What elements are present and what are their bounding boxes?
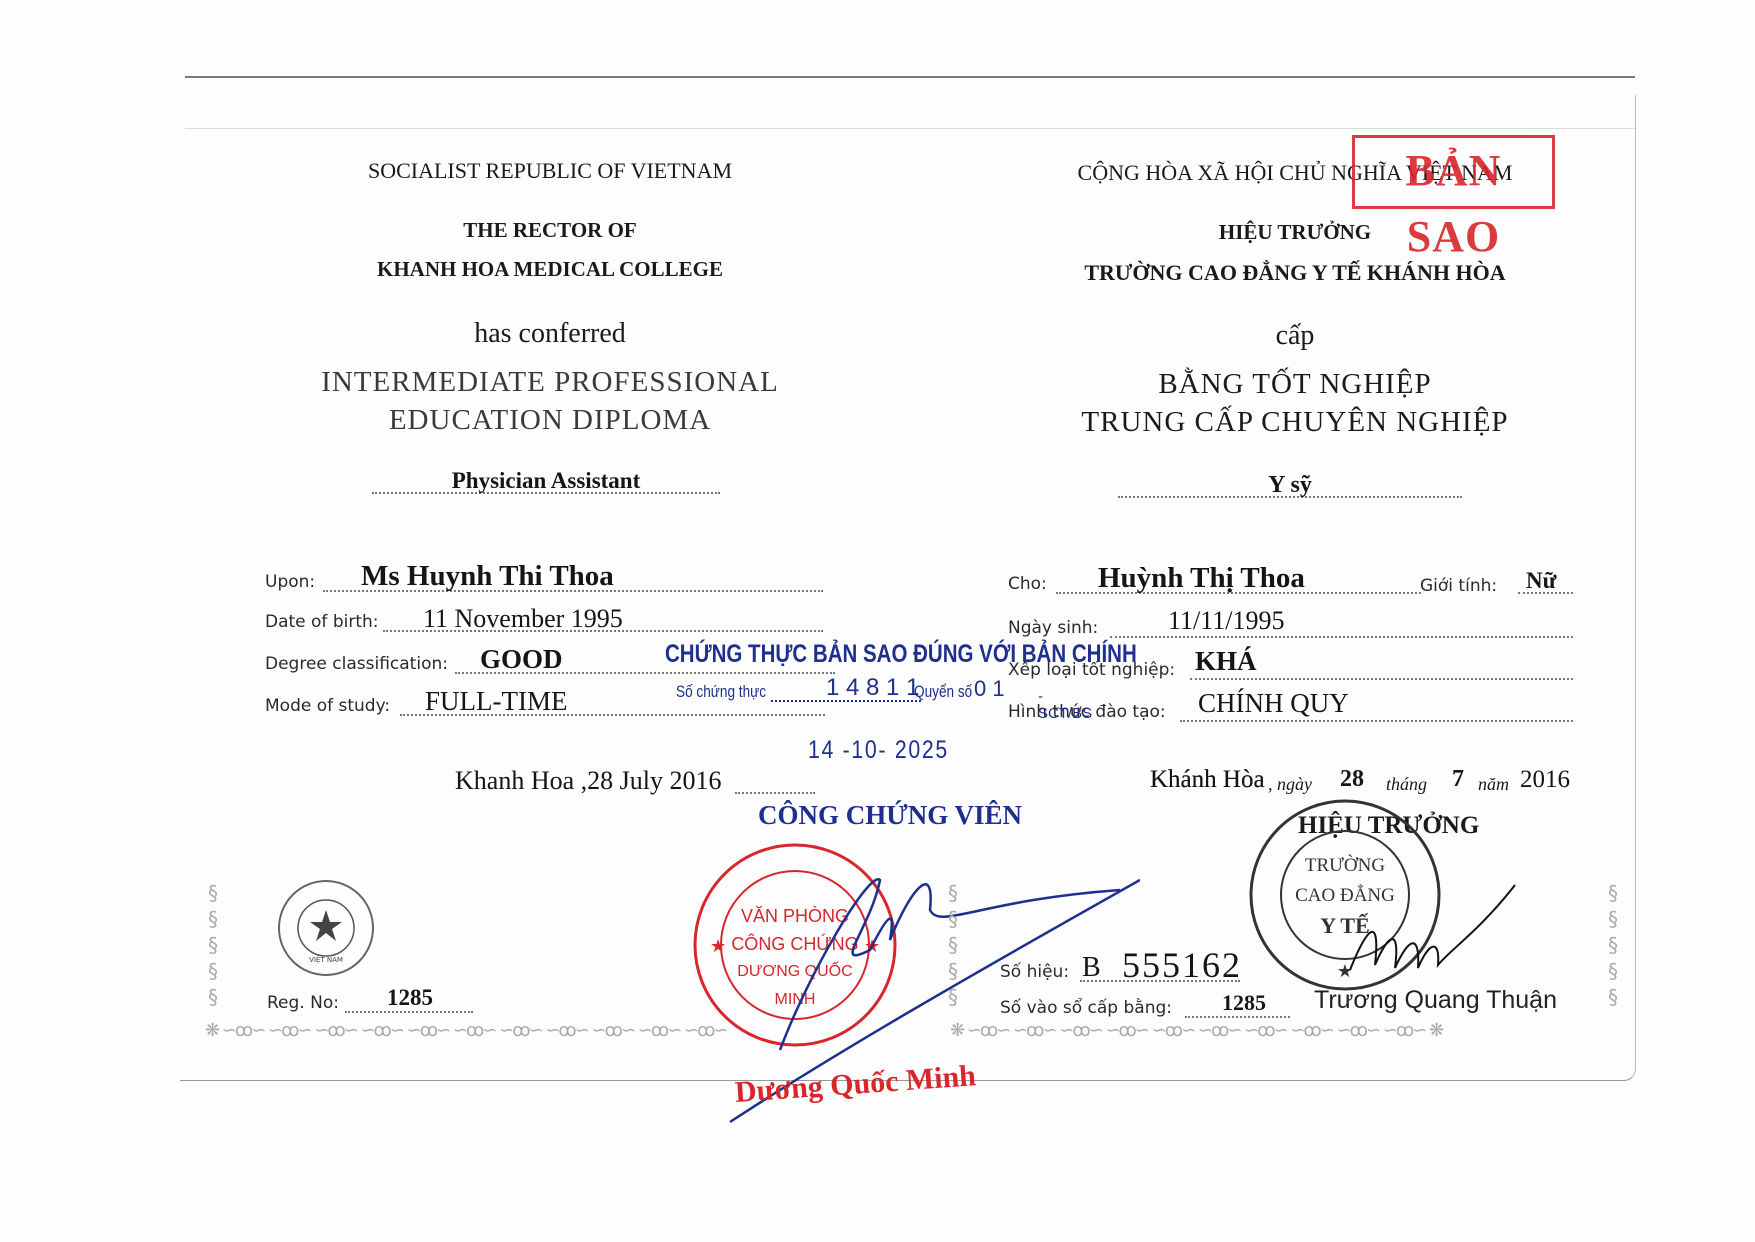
faint-rule bbox=[185, 128, 1635, 129]
recipient-name-vi: Huỳnh Thị Thoa bbox=[1098, 562, 1305, 595]
left-verb: has conferred bbox=[270, 318, 830, 350]
left-place-date: Khanh Hoa ,28 July 2016 bbox=[455, 766, 721, 796]
field-label: Ngày sinh: bbox=[1008, 618, 1098, 638]
left-issuer-line1: THE RECTOR OF bbox=[270, 218, 830, 243]
cert-number-label: Số chứng thực bbox=[676, 682, 766, 702]
field-label: Cho: bbox=[1008, 574, 1047, 594]
rector-signature bbox=[1330, 880, 1520, 990]
left-diploma-line2: EDUCATION DIPLOMA bbox=[260, 404, 840, 437]
certification-heading: CHỨNG THỰC BẢN SAO ĐÚNG VỚI BẢN CHÍNH bbox=[665, 640, 1137, 669]
year: 2016 bbox=[1520, 766, 1570, 794]
svg-text:VIỆT NAM: VIỆT NAM bbox=[309, 955, 343, 964]
right-verb: cấp bbox=[1020, 320, 1570, 352]
ministry-emblem: VIỆT NAM bbox=[278, 880, 374, 976]
day-label: , ngày bbox=[1268, 774, 1312, 795]
cert-book-label: Quyển số bbox=[914, 682, 972, 702]
dotted-line bbox=[345, 1011, 473, 1013]
field-label: Date of birth: bbox=[265, 612, 379, 632]
month-label: tháng bbox=[1386, 774, 1427, 795]
cert-number: 1 4 8 1 1 bbox=[826, 674, 919, 702]
month: 7 bbox=[1452, 766, 1464, 793]
book-value: 1285 bbox=[1222, 990, 1266, 1016]
dob-vi: 11/11/1995 bbox=[1168, 606, 1285, 636]
ornament-side-right: §§§§§ bbox=[1608, 880, 1630, 1010]
field-label: Upon: bbox=[265, 572, 315, 592]
ornament-border-right: ❋ ∽ꝏ∽ ∽ꝏ∽ ∽ꝏ∽ ∽ꝏ∽ ∽ꝏ∽ ∽ꝏ∽ ∽ꝏ∽ ∽ꝏ∽ ∽ꝏ∽ ∽ꝏ… bbox=[950, 1020, 1590, 1041]
reg-value: 1285 bbox=[387, 985, 433, 1011]
ornament-side-mid: §§§§§ bbox=[948, 880, 970, 1010]
place: Khánh Hòa bbox=[1150, 766, 1265, 794]
day: 28 bbox=[1340, 766, 1364, 793]
emblem-icon: VIỆT NAM bbox=[280, 882, 372, 974]
gender-value: Nữ bbox=[1526, 568, 1556, 594]
right-major: Y sỹ bbox=[1118, 472, 1462, 499]
right-diploma-line2: TRUNG CẤP CHUYÊN NGHIỆP bbox=[1020, 406, 1570, 439]
dotted-line bbox=[1110, 636, 1573, 638]
classification-vi: KHÁ bbox=[1195, 646, 1257, 677]
dob-en: 11 November 1995 bbox=[423, 604, 623, 634]
certification-number-line: Số chứng thực 1 4 8 1 1 Quyển số 0 1 -SC… bbox=[676, 680, 1096, 710]
notary-title: CÔNG CHỨNG VIÊN bbox=[758, 800, 1022, 831]
copy-stamp: BẢN SAO bbox=[1352, 135, 1555, 209]
left-country: SOCIALIST REPUBLIC OF VIETNAM bbox=[270, 158, 830, 184]
reg-label: Reg. No: bbox=[267, 993, 339, 1013]
left-issuer-line2: KHANH HOA MEDICAL COLLEGE bbox=[270, 257, 830, 282]
recipient-name-en: Ms Huynh Thi Thoa bbox=[361, 560, 614, 593]
dotted-line bbox=[1180, 720, 1573, 722]
certification-date: 14 -10- 2025 bbox=[808, 736, 949, 765]
cert-book-suffix: -SCT/BS bbox=[1038, 688, 1096, 722]
ornament-side-left: §§§§§ bbox=[208, 880, 230, 1010]
rector-name: Trương Quang Thuận bbox=[1314, 986, 1557, 1015]
classification-en: GOOD bbox=[480, 644, 563, 675]
paper-top-edge bbox=[185, 76, 1635, 78]
dotted-line bbox=[1185, 1016, 1290, 1018]
mode-vi: CHÍNH QUY bbox=[1198, 688, 1349, 719]
dotted-line bbox=[1190, 678, 1573, 680]
seal-line: TRƯỜNG bbox=[1285, 851, 1405, 881]
gender-label: Giới tính: bbox=[1420, 576, 1497, 596]
left-major: Physician Assistant bbox=[372, 468, 720, 494]
field-label: Degree classification: bbox=[265, 654, 448, 674]
serial-value: 555162 bbox=[1122, 944, 1242, 986]
dotted-line bbox=[735, 792, 815, 794]
right-diploma-line1: BẰNG TỐT NGHIỆP bbox=[1020, 368, 1570, 401]
cert-book: 0 1 bbox=[974, 676, 1005, 702]
year-label: năm bbox=[1478, 774, 1509, 795]
field-label: Mode of study: bbox=[265, 696, 390, 716]
left-diploma-line1: INTERMEDIATE PROFESSIONAL bbox=[260, 366, 840, 399]
ornament-border-left: ❋ ∽ꝏ∽ ∽ꝏ∽ ∽ꝏ∽ ∽ꝏ∽ ∽ꝏ∽ ∽ꝏ∽ ∽ꝏ∽ ∽ꝏ∽ ∽ꝏ∽ ∽ꝏ… bbox=[205, 1020, 905, 1041]
mode-en: FULL-TIME bbox=[425, 686, 567, 717]
